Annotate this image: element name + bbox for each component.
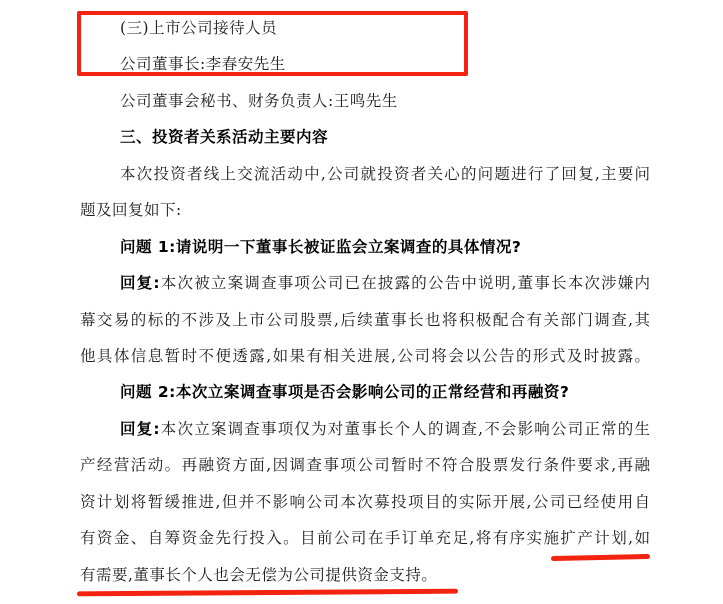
para-intro-line-2: 题及回复如下: xyxy=(80,192,650,228)
reply-label-2: 回复: xyxy=(120,420,160,438)
answer-2-text-1: 本次立案调查事项仅为对董事长个人的调查,不会影响公司正常的生 xyxy=(160,420,650,438)
answer-2-line-4: 有资金、自筹资金先行投入。目前公司在手订单充足,将有序实施扩产计划,如 xyxy=(80,520,650,556)
answer-1-text-1: 本次被立案调查事项公司已在披露的公告中说明,董事长本次涉嫌内 xyxy=(160,274,650,292)
answer-1-line-3: 他具体信息暂时不便透露,如果有相关进展,公司将会以公告的形式及时披露。 xyxy=(80,338,650,374)
annotation-red-box xyxy=(77,11,468,76)
para-intro-line-1: 本次投资者线上交流活动中,公司就投资者关心的问题进行了回复,主要问 xyxy=(80,156,650,192)
answer-2-line-1: 回复:本次立案调查事项仅为对董事长个人的调查,不会影响公司正常的生 xyxy=(80,411,650,447)
line-board-secretary-cfo: 公司董事会秘书、财务负责人:王鸣先生 xyxy=(80,83,650,119)
reply-label-1: 回复: xyxy=(120,274,160,292)
answer-2-line-5: 有需要,董事长个人也会无偿为公司提供资金支持。 xyxy=(80,557,650,593)
heading-main-content: 三、投资者关系活动主要内容 xyxy=(80,119,650,155)
question-2-heading: 问题 2:本次立案调查事项是否会影响公司的正常经营和再融资? xyxy=(80,374,650,410)
answer-2-line-3: 资计划将暂缓推进,但并不影响公司本次募投项目的实际开展,公司已经使用自 xyxy=(80,484,650,520)
answer-1-line-2: 幕交易的标的不涉及上市公司股票,后续董事长也将积极配合有关部门调查,其 xyxy=(80,302,650,338)
document-page: (三)上市公司接待人员 公司董事长:李春安先生 公司董事会秘书、财务负责人:王鸣… xyxy=(0,0,723,604)
answer-2-line-2: 产经营活动。再融资方面,因调查事项公司暂时不符合股票发行条件要求,再融 xyxy=(80,447,650,483)
answer-1-line-1: 回复:本次被立案调查事项公司已在披露的公告中说明,董事长本次涉嫌内 xyxy=(80,265,650,301)
question-1-heading: 问题 1:请说明一下董事长被证监会立案调查的具体情况? xyxy=(80,229,650,265)
document-text-column: (三)上市公司接待人员 公司董事长:李春安先生 公司董事会秘书、财务负责人:王鸣… xyxy=(80,10,650,593)
